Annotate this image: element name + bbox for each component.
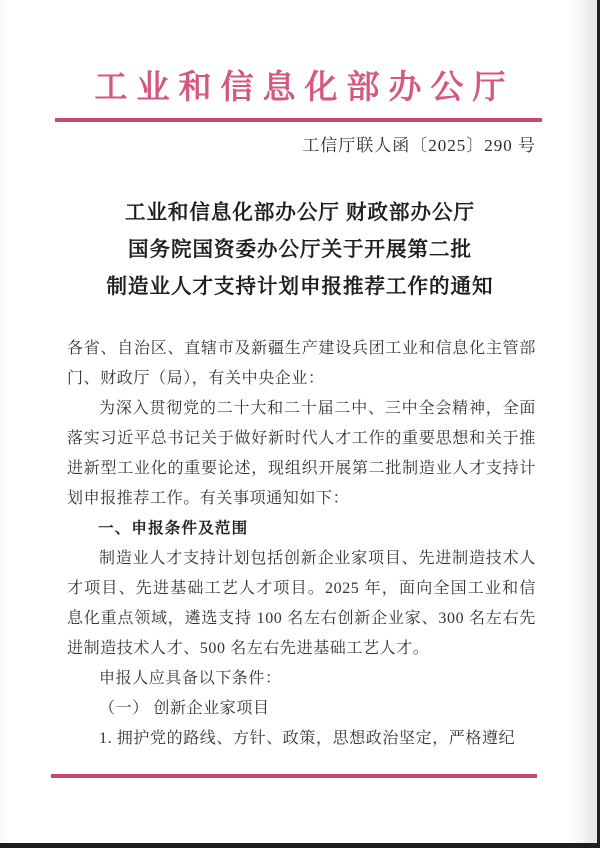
paragraph-scope: 制造业人才支持计划包括创新企业家项目、先进制造技术人才项目、先进基础工艺人才项目… [67,544,536,664]
document-page: 工业和信息化部办公厅 工信厅联人函〔2025〕290 号 工业和信息化部办公厅 … [0,0,600,848]
letterhead: 工业和信息化部办公厅 工信厅联人函〔2025〕290 号 [0,71,600,156]
footer-divider-line [51,774,537,778]
notice-body: 各省、自治区、直辖市及新疆生产建设兵团工业和信息化主管部门、财政厅（局），有关中… [0,334,600,754]
section-heading-1: 一、申报条件及范围 [67,514,536,544]
paragraph-intro: 为深入贯彻党的二十大和二十届二中、三中全会精神，全面落实习近平总书记关于做好新时… [67,394,536,514]
scan-shade-right [569,0,597,848]
paragraph-requirements-intro: 申报人应具备以下条件： [67,664,536,694]
header-divider-line [55,118,542,122]
paragraph-condition1: 1. 拥护党的路线、方针、政策，思想政治坚定，严格遵纪 [67,724,536,754]
issuing-agency-title: 工业和信息化部办公厅 [0,71,600,106]
scan-edge-bottom [0,843,600,848]
salutation: 各省、自治区、直辖市及新疆生产建设兵团工业和信息化主管部门、财政厅（局），有关中… [67,334,536,394]
notice-title-line3: 制造业人才支持计划申报推荐工作的通知 [0,269,600,306]
paragraph-item1-heading: （一） 创新企业家项目 [67,694,536,724]
document-number: 工信厅联人函〔2025〕290 号 [0,135,600,156]
notice-title: 工业和信息化部办公厅 财政部办公厅 国务院国资委办公厅关于开展第二批 制造业人才… [0,195,600,306]
notice-title-line1: 工业和信息化部办公厅 财政部办公厅 [0,195,600,232]
notice-title-line2: 国务院国资委办公厅关于开展第二批 [0,232,600,269]
scan-shade-left [0,0,10,848]
